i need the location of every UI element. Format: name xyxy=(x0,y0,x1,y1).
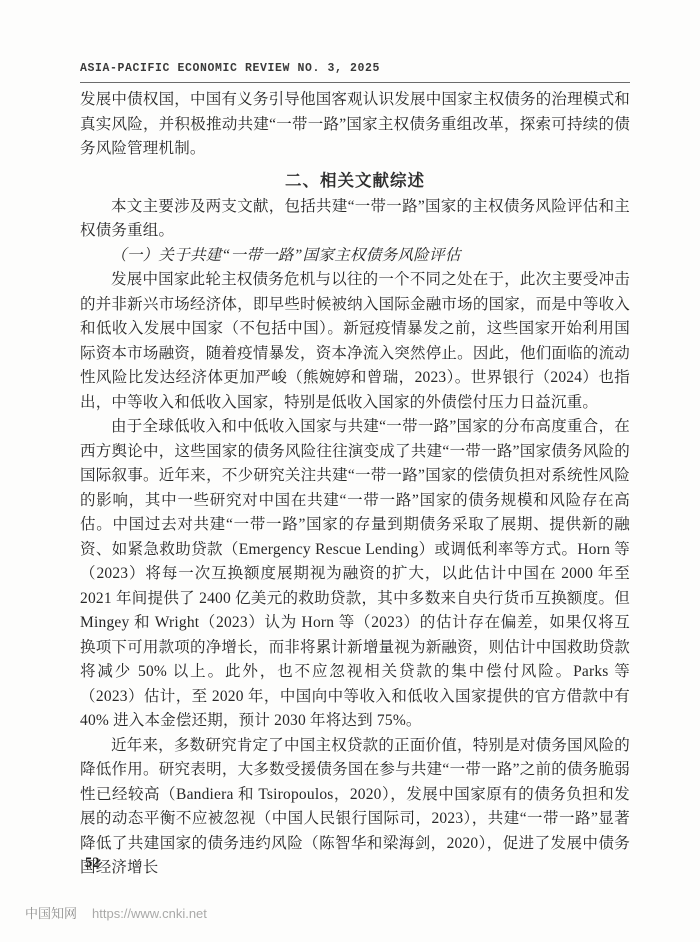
body-paragraph-2: 由于全球低收入和中低收入国家与共建“一带一路”国家的分布高度重合，在西方舆论中，… xyxy=(80,415,630,734)
cnki-brand-label: 中国知网 xyxy=(25,906,77,921)
header-rule xyxy=(80,82,630,83)
cnki-watermark: 中国知网https://www.cnki.net xyxy=(25,903,207,922)
lead-paragraph: 本文主要涉及两支文献，包括共建“一带一路”国家的主权债务风险评估和主权债务重组。 xyxy=(80,195,630,244)
subsection-title: （一）关于共建“一带一路”国家主权债务风险评估 xyxy=(80,244,630,269)
article-body: 发展中债权国，中国有义务引导他国客观认识发展中国家主权债务的治理模式和真实风险，… xyxy=(80,88,630,881)
section-title: 二、相关文献综述 xyxy=(80,167,630,191)
cnki-url-text: https://www.cnki.net xyxy=(92,906,207,921)
scanned-journal-page: ASIA-PACIFIC ECONOMIC REVIEW NO. 3, 2025… xyxy=(0,0,700,942)
page-number: 52 xyxy=(85,855,100,872)
journal-header: ASIA-PACIFIC ECONOMIC REVIEW NO. 3, 2025 xyxy=(80,62,630,83)
page-content: ASIA-PACIFIC ECONOMIC REVIEW NO. 3, 2025… xyxy=(80,62,630,881)
journal-title-line: ASIA-PACIFIC ECONOMIC REVIEW NO. 3, 2025 xyxy=(80,62,630,75)
intro-paragraph: 发展中债权国，中国有义务引导他国客观认识发展中国家主权债务的治理模式和真实风险，… xyxy=(80,88,630,162)
body-paragraph-3: 近年来，多数研究肯定了中国主权贷款的正面价值，特别是对债务国风险的降低作用。研究… xyxy=(80,734,630,881)
body-paragraph-1: 发展中国家此轮主权债务危机与以往的一个不同之处在于，此次主要受冲击的并非新兴市场… xyxy=(80,268,630,415)
